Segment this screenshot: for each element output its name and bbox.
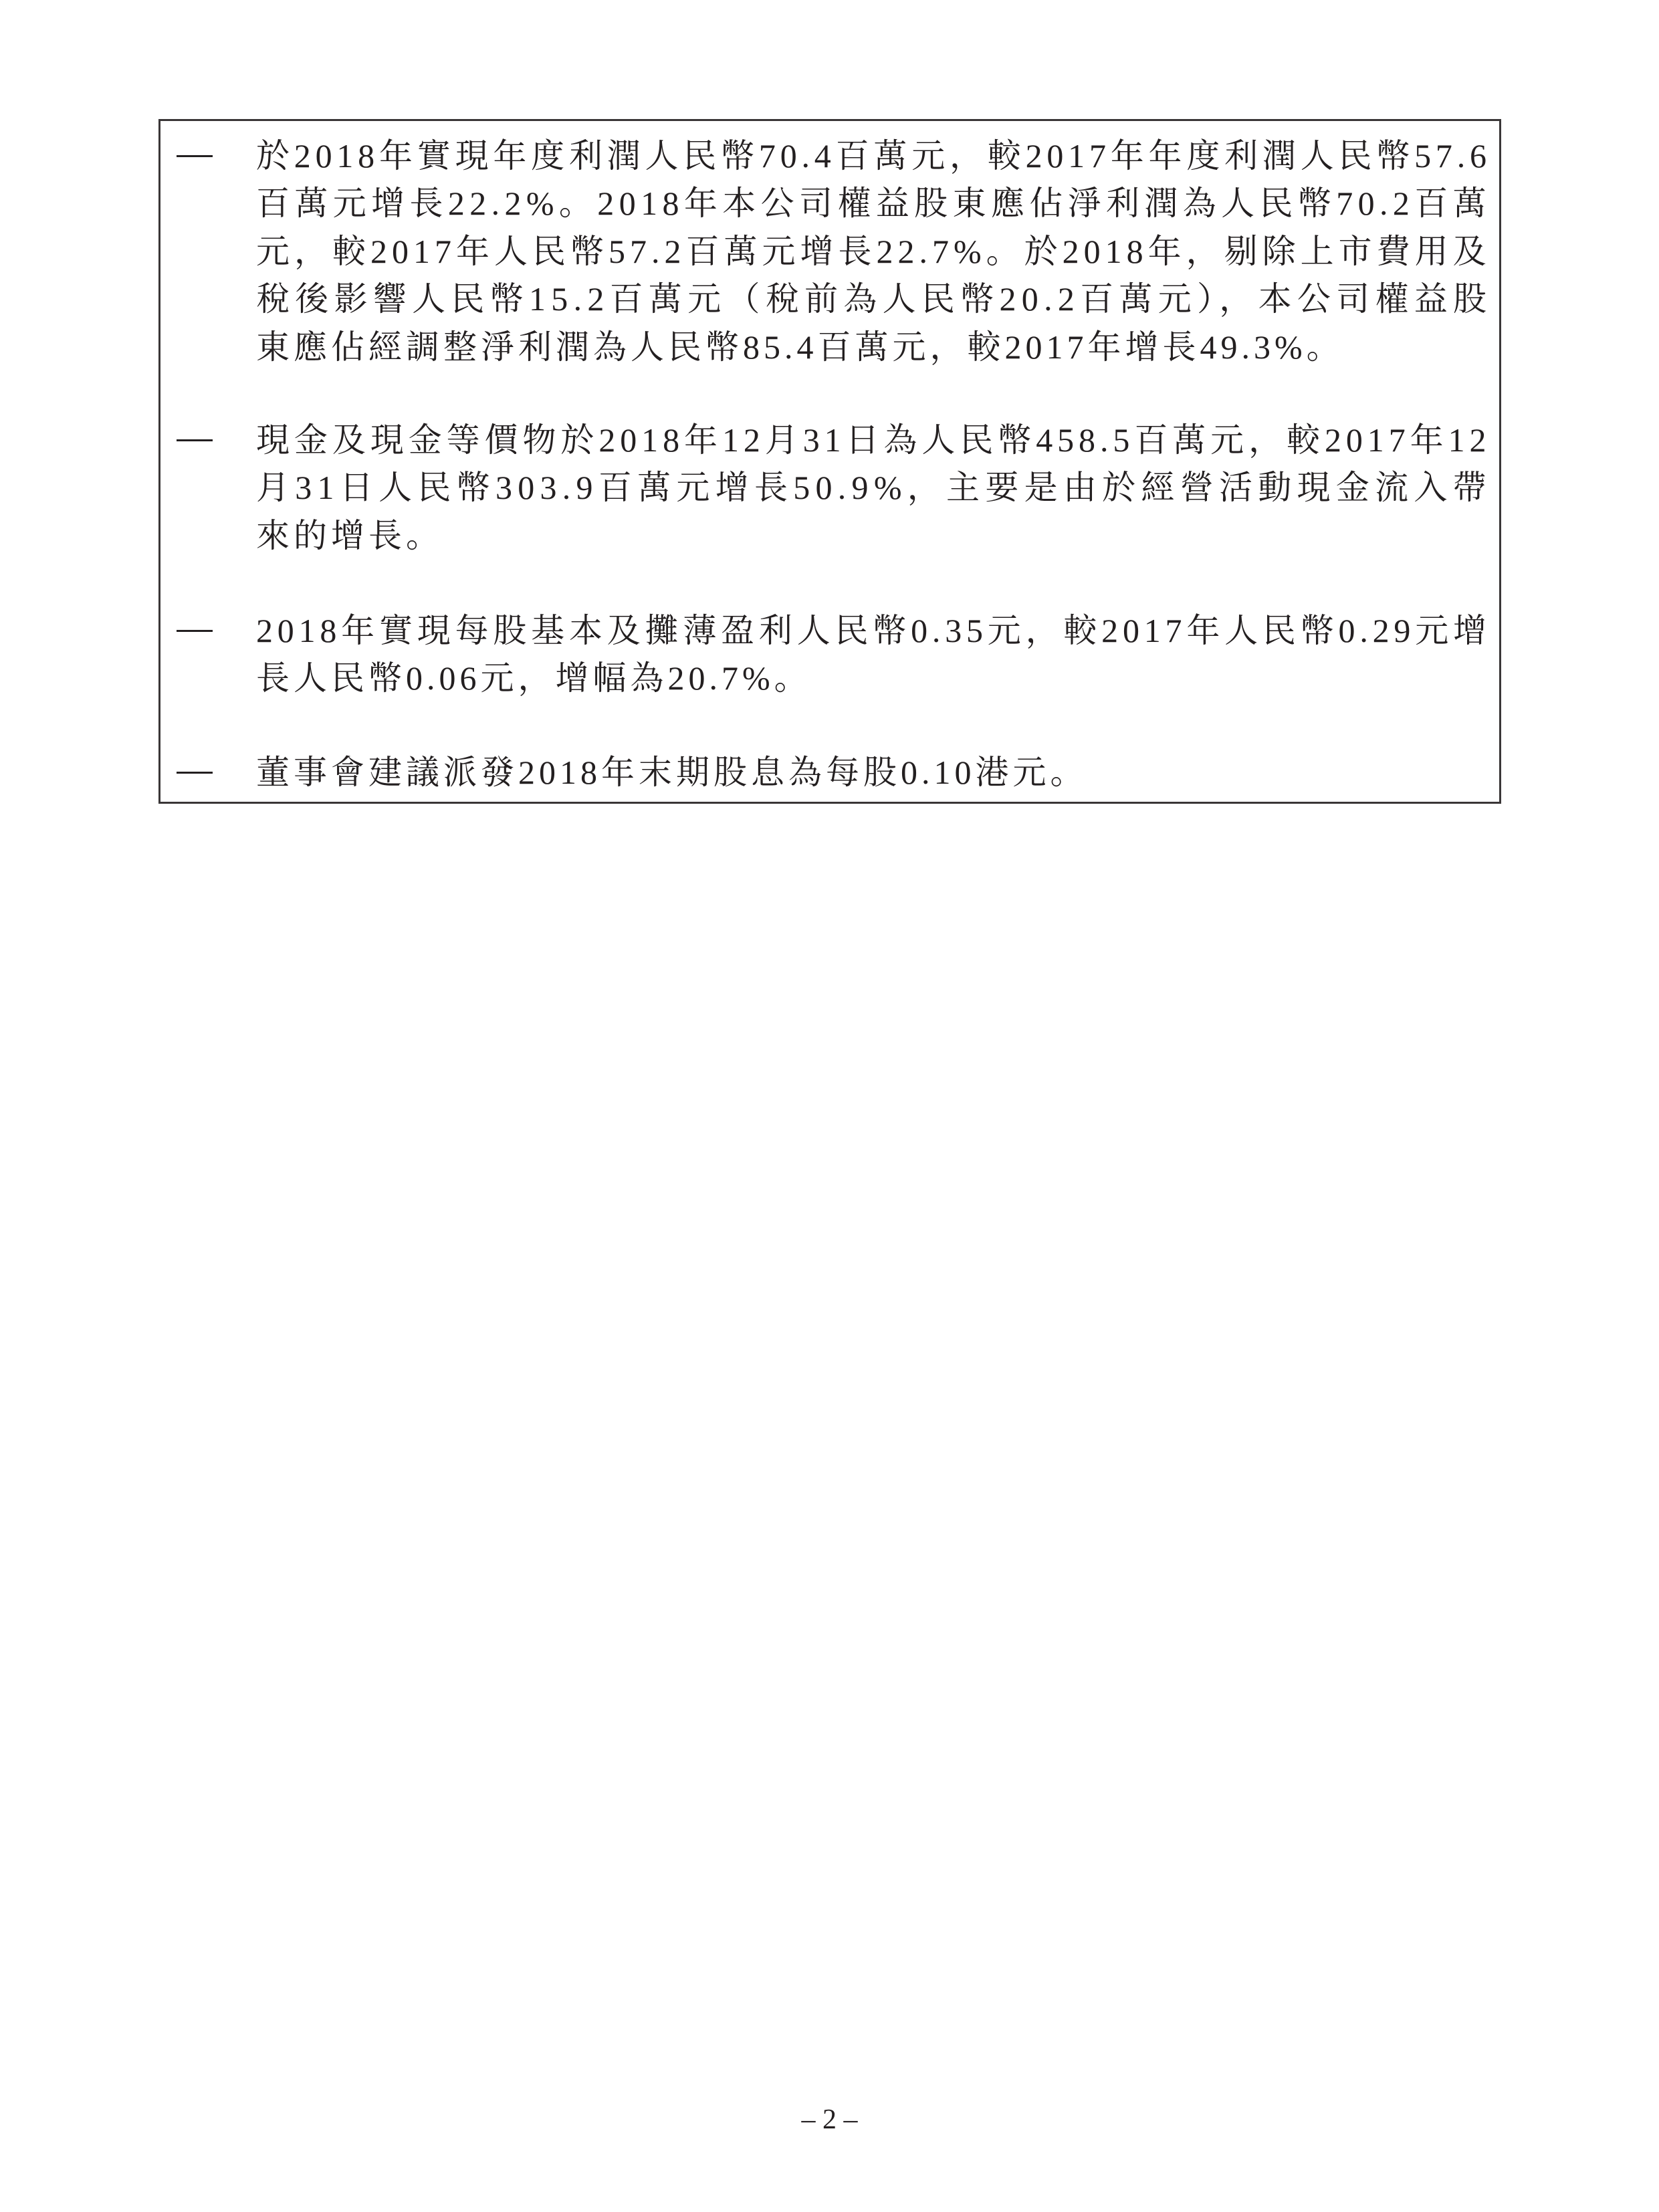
text-line: 現金及現金等價物於2018年12月31日為人民幣458.5百萬元，較2017年1… xyxy=(256,417,1491,464)
highlight-text-profit: 於2018年實現年度利潤人民幣70.4百萬元，較2017年年度利潤人民幣57.6… xyxy=(256,132,1486,371)
highlight-text-eps: 2018年實現每股基本及攤薄盈利人民幣0.35元，較2017年人民幣0.29元增… xyxy=(256,607,1486,703)
financial-highlights-box: 於2018年實現年度利潤人民幣70.4百萬元，較2017年年度利潤人民幣57.6… xyxy=(158,119,1501,804)
text-line: 東應佔經調整淨利潤為人民幣85.4百萬元，較2017年增長49.3%。 xyxy=(256,324,1486,371)
text-line: 來的增長。 xyxy=(256,512,1486,560)
text-line: 稅後影響人民幣15.2百萬元（稅前為人民幣20.2百萬元），本公司權益股 xyxy=(256,275,1492,323)
text-line: 2018年實現每股基本及攤薄盈利人民幣0.35元，較2017年人民幣0.29元增 xyxy=(256,607,1491,655)
highlight-text-dividend: 董事會建議派發2018年末期股息為每股0.10港元。 xyxy=(256,749,1486,796)
highlight-text-cash: 現金及現金等價物於2018年12月31日為人民幣458.5百萬元，較2017年1… xyxy=(256,417,1486,560)
em-dash-bullet-icon xyxy=(177,439,213,441)
text-line: 月31日人民幣303.9百萬元增長50.9%，主要是由於經營活動現金流入帶 xyxy=(256,464,1492,512)
em-dash-bullet-icon xyxy=(177,772,213,774)
text-line: 董事會建議派發2018年末期股息為每股0.10港元。 xyxy=(256,749,1486,796)
em-dash-bullet-icon xyxy=(177,630,213,632)
text-line: 長人民幣0.06元，增幅為20.7%。 xyxy=(256,655,1486,702)
text-line: 元，較2017年人民幣57.2百萬元增長22.7%。於2018年，剔除上市費用及 xyxy=(256,228,1491,275)
page-number: – 2 – xyxy=(0,2100,1659,2140)
text-line: 於2018年實現年度利潤人民幣70.4百萬元，較2017年年度利潤人民幣57.6 xyxy=(256,132,1491,180)
em-dash-bullet-icon xyxy=(177,155,213,157)
text-line: 百萬元增長22.2%。2018年本公司權益股東應佔淨利潤為人民幣70.2百萬 xyxy=(256,180,1491,227)
